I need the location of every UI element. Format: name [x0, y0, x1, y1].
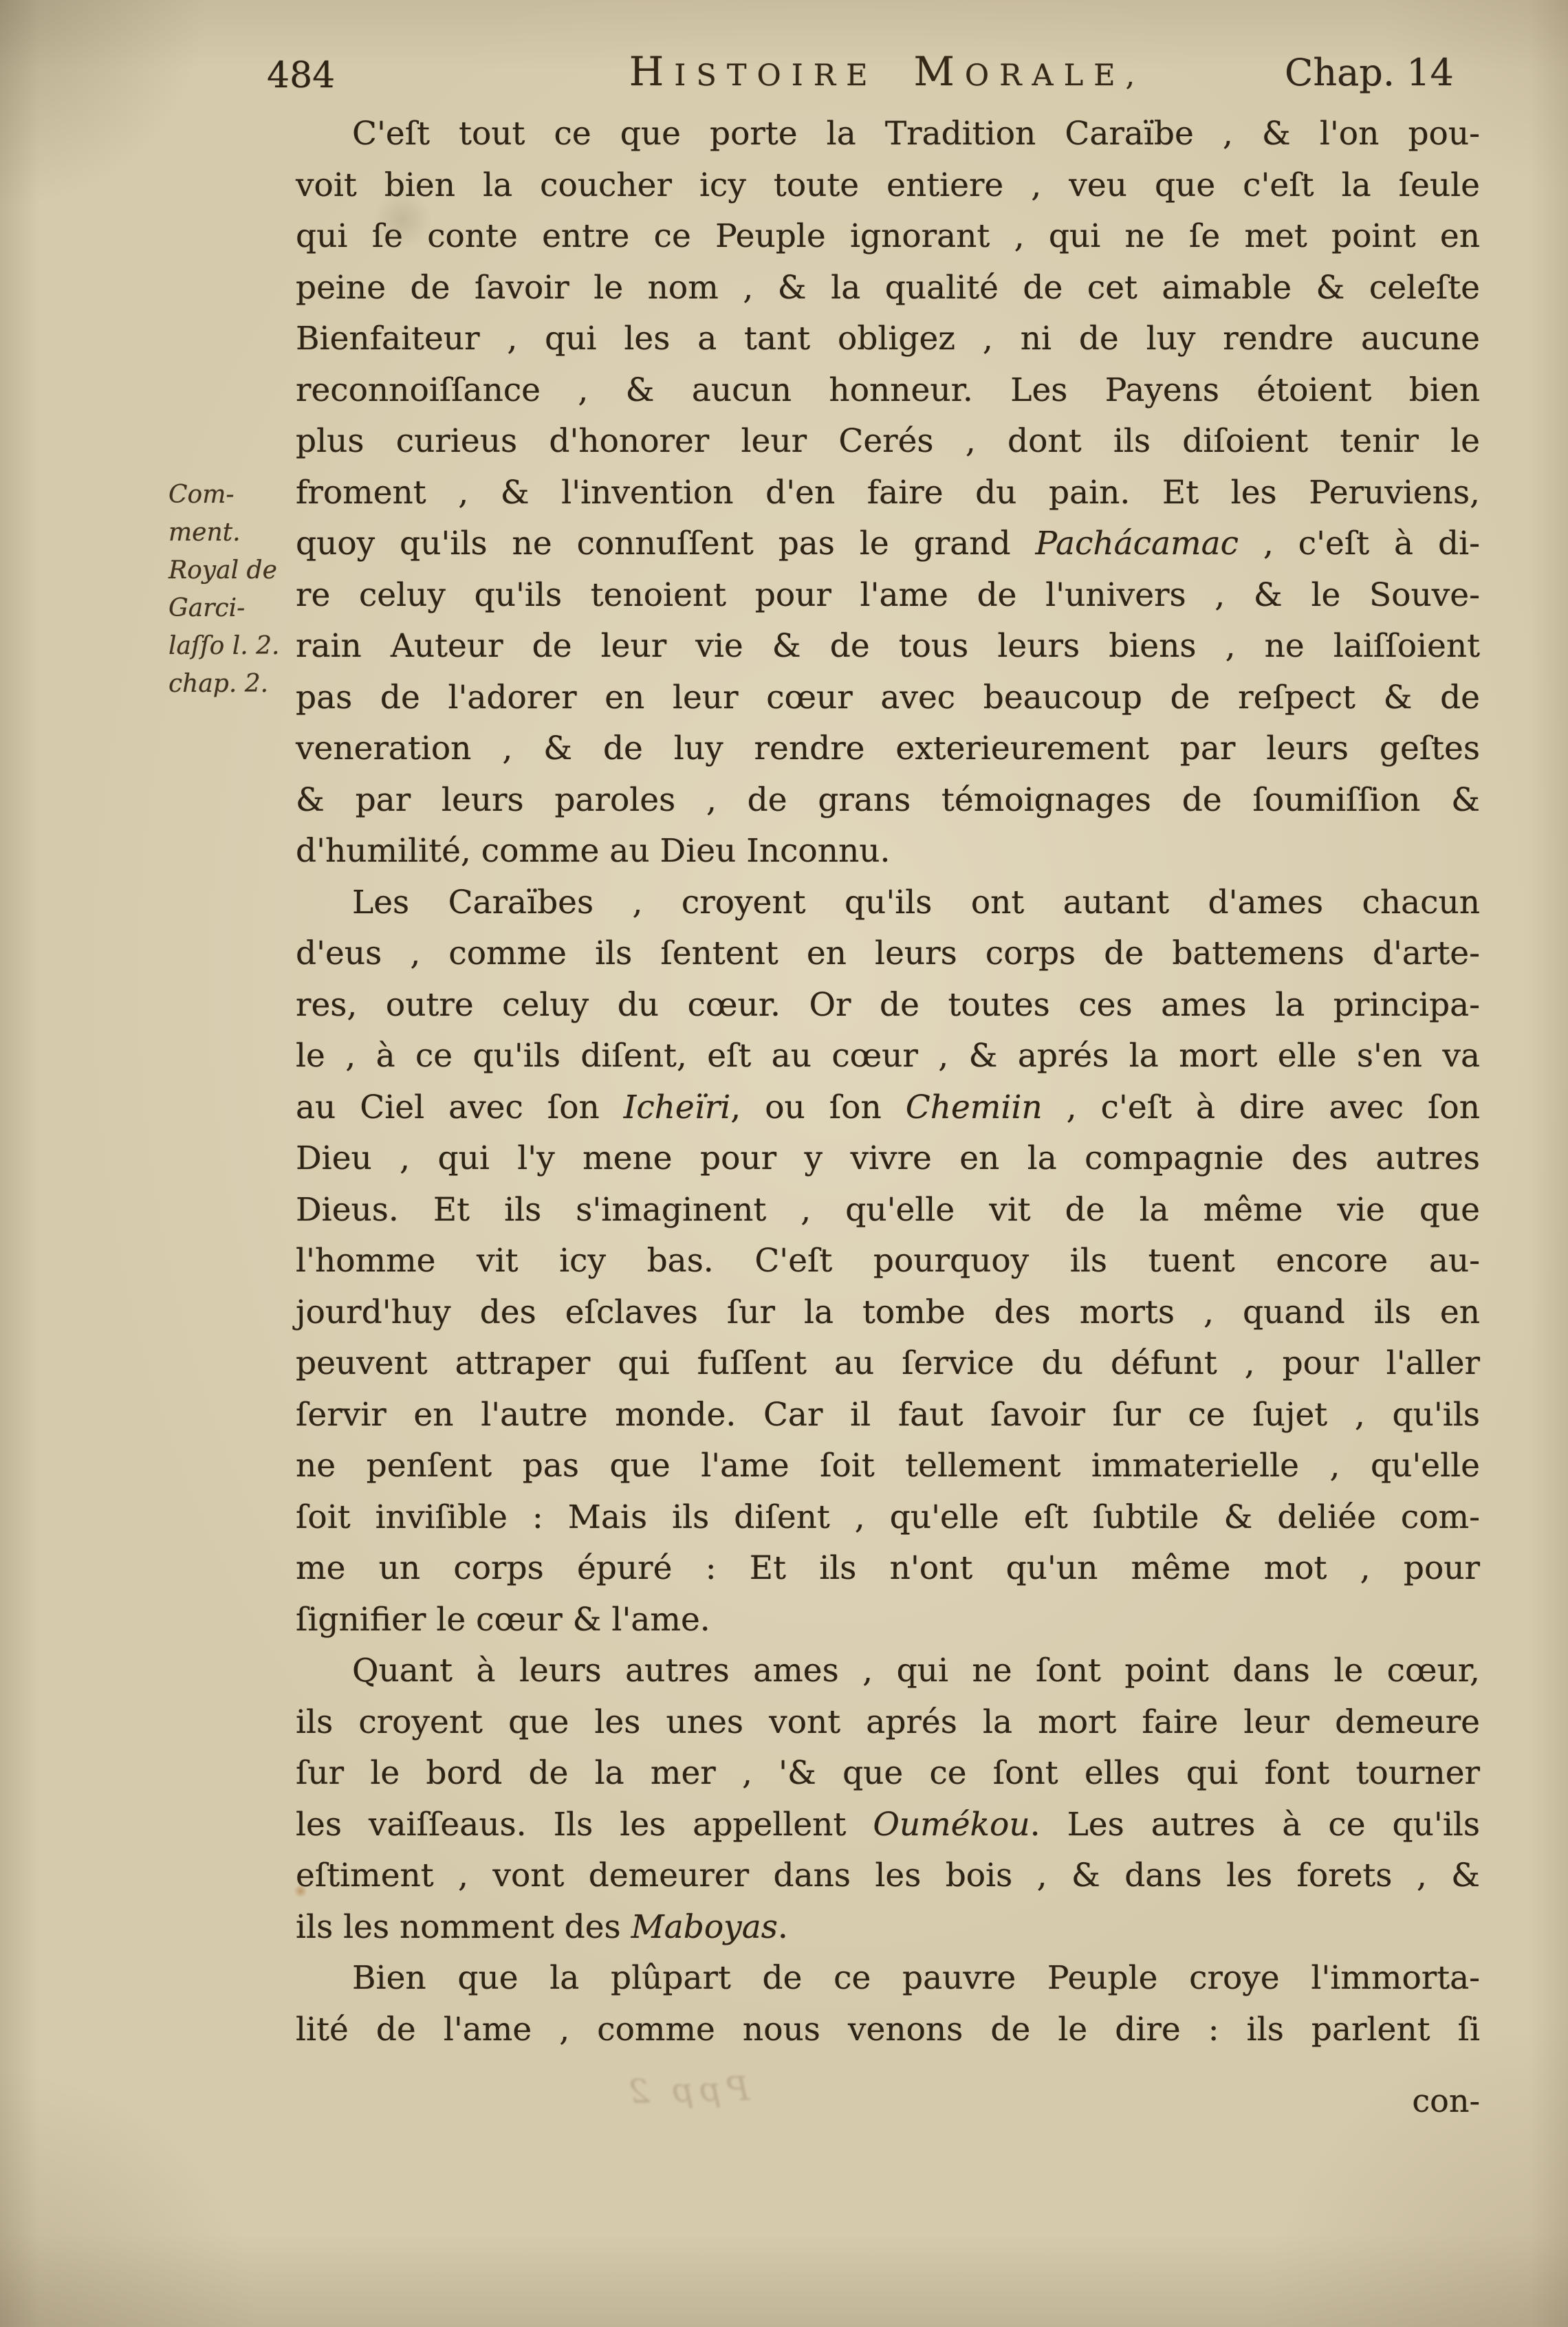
text-segment: veneration , & de luy rendre exterieurem… [296, 730, 1480, 767]
body-line: Dieus. Et ils s'imaginent , qu'elle vit … [296, 1185, 1480, 1236]
margin-note-citation: Com-ment.Royal deGarci-laſſo l. 2.chap. … [168, 476, 296, 703]
body-line: au Ciel avec ſon Icheïri, ou ſon Chemiin… [296, 1082, 1480, 1134]
catchword: con- [296, 2082, 1480, 2119]
text-segment: ſignifier le cœur & l'ame. [296, 1601, 710, 1639]
text-segment: Quant à leurs autres ames , qui ne ſont … [352, 1652, 1480, 1690]
body-line: Dieu , qui l'y mene pour y vivre en la c… [296, 1133, 1480, 1185]
body-line: ne penſent pas que l'ame ſoit tellement … [296, 1441, 1480, 1492]
body-line: Bienfaiteur , qui les a tant obligez , n… [296, 314, 1480, 365]
show-through-signature-mark: Ppp 2 [622, 2070, 750, 2112]
body-line: res, outre celuy du cœur. Or de toutes c… [296, 980, 1480, 1031]
body-line: ſignifier le cœur & l'ame. [296, 1595, 1480, 1646]
body-line: jourd'huy des eſclaves ſur la tombe des … [296, 1287, 1480, 1339]
body-line: ſoit inviſible : Mais ils diſent , qu'el… [296, 1492, 1480, 1544]
body-line: d'eus , comme ils ſentent en leurs corps… [296, 928, 1480, 980]
body-line: quoy qu'ils ne connuſſent pas le grand P… [296, 518, 1480, 570]
text-segment: peine de ſavoir le nom , & la qualité de… [296, 269, 1480, 307]
body-line: qui ſe conte entre ce Peuple ignorant , … [296, 211, 1480, 263]
margin-note-line: chap. 2. [168, 665, 296, 703]
text-segment: le , à ce qu'ils diſent, eſt au cœur , &… [296, 1037, 1480, 1075]
body-line: Les Caraïbes , croyent qu'ils ont autant… [296, 877, 1480, 929]
body-line: d'humilité, comme au Dieu Inconnu. [296, 826, 1480, 877]
text-segment: l'homme vit icy bas. C'eſt pourquoy ils … [296, 1242, 1480, 1280]
text-segment: rain Auteur de leur vie & de tous leurs … [296, 627, 1480, 665]
text-segment: froment , & l'invention d'en faire du pa… [296, 474, 1480, 512]
text-segment: qui ſe conte entre ce Peuple ignorant , … [296, 217, 1480, 255]
text-segment: , c'eſt à dire avec ſon [1043, 1089, 1480, 1126]
text-segment: Dieu , qui l'y mene pour y vivre en la c… [296, 1139, 1480, 1177]
text-segment: les vaiſſeaus. Ils les appellent [296, 1806, 873, 1844]
body-line: C'eſt tout ce que porte la Tradition Car… [296, 109, 1480, 160]
margin-note-line: ment. [168, 514, 296, 551]
margin-note-line: Garci- [168, 589, 296, 627]
text-segment: d'humilité, comme au Dieu Inconnu. [296, 832, 890, 870]
body-line: ſur le bord de la mer , '& que ce ſont e… [296, 1748, 1480, 1800]
body-line: l'homme vit icy bas. C'eſt pourquoy ils … [296, 1236, 1480, 1287]
body-line: reconnoiſſance , & aucun honneur. Les Pa… [296, 365, 1480, 417]
body-line: plus curieus d'honorer leur Cerés , dont… [296, 416, 1480, 468]
body-line: les vaiſſeaus. Ils les appellent Oumékou… [296, 1800, 1480, 1851]
body-line: & par leurs paroles , de grans témoignag… [296, 775, 1480, 827]
text-segment: Bien que la plûpart de ce pauvre Peuple … [352, 1959, 1480, 1997]
text-segment: au Ciel avec ſon [296, 1089, 624, 1126]
text-segment: Dieus. Et ils s'imaginent , qu'elle vit … [296, 1191, 1480, 1229]
text-segment: res, outre celuy du cœur. Or de toutes c… [296, 986, 1480, 1024]
body-line: froment , & l'invention d'en faire du pa… [296, 468, 1480, 519]
body-line: ſervir en l'autre monde. Car il faut ſav… [296, 1390, 1480, 1441]
book-page: 484 HISTOIREMORALE, Chap. 14 Com-ment.Ro… [0, 0, 1568, 2327]
page-body-text: C'eſt tout ce que porte la Tradition Car… [296, 109, 1480, 2055]
body-line: ils les nomment des Maboyas. [296, 1902, 1480, 1954]
body-line: me un corps épuré : Et ils n'ont qu'un m… [296, 1543, 1480, 1595]
text-segment: jourd'huy des eſclaves ſur la tombe des … [296, 1293, 1480, 1331]
text-segment: C'eſt tout ce que porte la Tradition Car… [352, 115, 1480, 153]
text-segment: voit bien la coucher icy toute entiere ,… [296, 166, 1480, 204]
running-title-initial: M [914, 48, 965, 95]
text-segment: me un corps épuré : Et ils n'ont qu'un m… [296, 1549, 1480, 1587]
text-segment: ils les nomment des [296, 1908, 631, 1946]
text-segment: ne penſent pas que l'ame ſoit tellement … [296, 1447, 1480, 1485]
text-segment: . Les autres à ce qu'ils [1030, 1806, 1480, 1844]
running-title-initial: H [629, 48, 675, 95]
body-line: Bien que la plûpart de ce pauvre Peuple … [296, 1953, 1480, 2004]
text-segment: ſur le bord de la mer , '& que ce ſont e… [296, 1754, 1480, 1792]
margin-note-line: Royal de [168, 551, 296, 589]
body-line: rain Auteur de leur vie & de tous leurs … [296, 621, 1480, 673]
text-segment: re celuy qu'ils tenoient pour l'ame de l… [296, 576, 1480, 614]
text-segment: d'eus , comme ils ſentent en leurs corps… [296, 935, 1480, 972]
chapter-heading: Chap. 14 [1285, 51, 1454, 94]
italic-term: Maboyas [631, 1908, 778, 1946]
running-title-text: ISTOIRE [674, 58, 878, 93]
text-segment: quoy qu'ils ne connuſſent pas le grand [296, 525, 1036, 562]
text-segment: lité de l'ame , comme nous venons de le … [296, 2011, 1480, 2049]
text-segment: ſervir en l'autre monde. Car il faut ſav… [296, 1396, 1480, 1434]
body-line: eſtiment , vont demeurer dans les bois ,… [296, 1850, 1480, 1902]
text-segment: . [778, 1908, 788, 1946]
italic-term: Chemiin [906, 1089, 1043, 1126]
margin-note-line: laſſo l. 2. [168, 627, 296, 665]
body-line: ils croyent que les unes vont aprés la m… [296, 1697, 1480, 1749]
text-segment: peuvent attraper qui fuſſent au ſervice … [296, 1344, 1480, 1382]
body-line: pas de l'adorer en leur cœur avec beauco… [296, 673, 1480, 724]
text-segment: ſoit inviſible : Mais ils diſent , qu'el… [296, 1498, 1480, 1536]
text-segment: pas de l'adorer en leur cœur avec beauco… [296, 679, 1480, 717]
body-line: re celuy qu'ils tenoient pour l'ame de l… [296, 570, 1480, 622]
text-segment: Bienfaiteur , qui les a tant obligez , n… [296, 320, 1480, 358]
text-segment: , ou ſon [730, 1089, 905, 1126]
body-line: le , à ce qu'ils diſent, eſt au cœur , &… [296, 1031, 1480, 1082]
text-segment: eſtiment , vont demeurer dans les bois ,… [296, 1857, 1480, 1894]
text-segment: ils croyent que les unes vont aprés la m… [296, 1703, 1480, 1741]
body-line: Quant à leurs autres ames , qui ne ſont … [296, 1646, 1480, 1697]
text-segment: & par leurs paroles , de grans témoignag… [296, 781, 1480, 819]
italic-term: Oumékou [873, 1806, 1030, 1844]
body-line: peuvent attraper qui fuſſent au ſervice … [296, 1338, 1480, 1390]
italic-term: Icheïri [624, 1089, 731, 1126]
margin-note-line: Com- [168, 476, 296, 514]
italic-term: Pachácamac [1036, 525, 1239, 562]
body-line: lité de l'ame , comme nous venons de le … [296, 2004, 1480, 2056]
body-line: peine de ſavoir le nom , & la qualité de… [296, 263, 1480, 314]
text-segment: Les Caraïbes , croyent qu'ils ont autant… [352, 884, 1480, 921]
text-segment: reconnoiſſance , & aucun honneur. Les Pa… [296, 371, 1480, 409]
text-segment: , c'eſt à di- [1239, 525, 1480, 562]
running-title-text: ORALE, [965, 58, 1145, 93]
text-segment: plus curieus d'honorer leur Cerés , dont… [296, 422, 1480, 460]
body-line: veneration , & de luy rendre exterieurem… [296, 723, 1480, 775]
body-line: voit bien la coucher icy toute entiere ,… [296, 160, 1480, 212]
